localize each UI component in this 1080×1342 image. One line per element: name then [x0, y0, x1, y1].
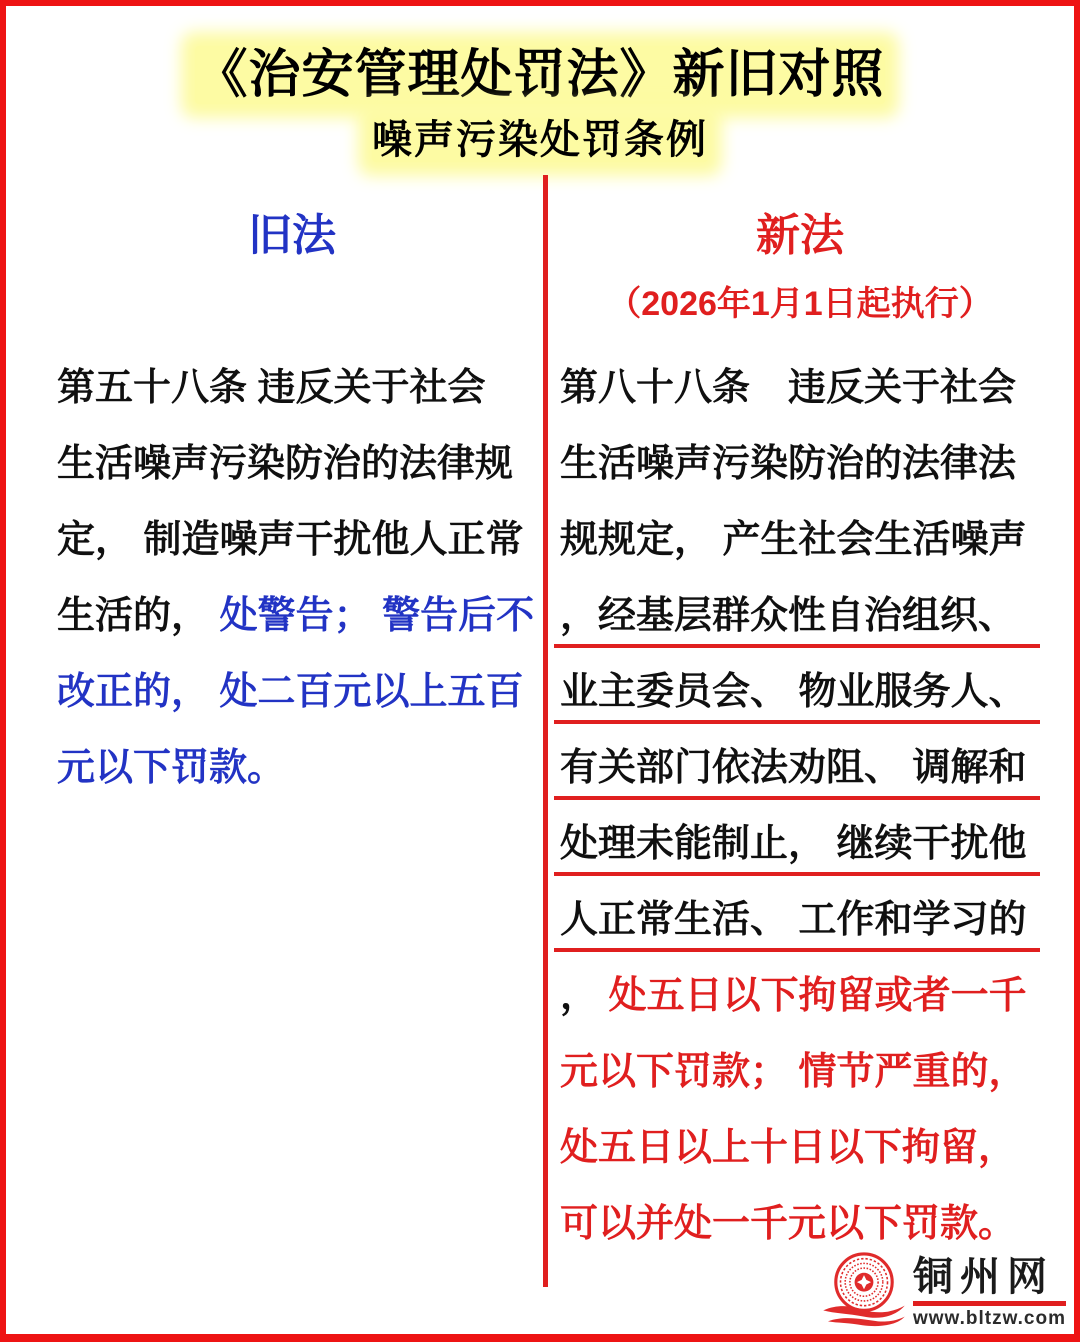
old-law-header: 旧法	[57, 212, 527, 260]
seal-icon	[817, 1250, 911, 1330]
law-text-segment: ，	[560, 975, 609, 1017]
law-text-line: 规规定， 产生社会生活噪声	[560, 510, 1042, 586]
law-text-line: 第五十八条 违反关于社会	[57, 358, 529, 434]
site-logo: 铜州网 www.bltzw.com	[817, 1250, 1066, 1330]
title-block: 《治安管理处罚法》新旧对照 噪声污染处罚条例	[6, 46, 1074, 162]
law-text-segment: 规规定， 产生社会生活噪声	[560, 519, 1027, 561]
law-text-line: 改正的， 处二百元以上五百	[57, 662, 529, 738]
page-title: 《治安管理处罚法》新旧对照	[195, 46, 884, 104]
law-text-segment: 人正常生活、 工作和学习的	[560, 899, 1027, 941]
law-text-segment: 可以并处一千元以下罚款。	[560, 1203, 1016, 1245]
law-text-segment: 处警告； 警告后不	[220, 595, 535, 637]
new-law-header: 新法	[560, 212, 1040, 260]
new-law-text: 第八十八条 违反关于社会生活噪声污染防治的法律法规规定， 产生社会生活噪声，经基…	[560, 358, 1042, 1270]
law-text-line: 生活噪声污染防治的法律法	[560, 434, 1042, 510]
old-law-text: 第五十八条 违反关于社会生活噪声污染防治的法律规定， 制造噪声干扰他人正常生活的…	[57, 358, 529, 814]
law-text-segment: 生活噪声污染防治的法律规	[57, 443, 513, 485]
law-text-line: ， 处五日以下拘留或者一千	[560, 966, 1042, 1042]
law-text-segment: 处五日以下拘留或者一千	[609, 975, 1027, 1017]
law-text-line: 有关部门依法劝阻、 调解和	[560, 738, 1042, 814]
column-divider	[543, 175, 548, 1287]
law-text-segment: 改正的， 处二百元以上五百	[57, 671, 524, 713]
law-text-line: ，经基层群众性自治组织、	[560, 586, 1042, 662]
law-text-line: 第八十八条 违反关于社会	[560, 358, 1042, 434]
law-text-line: 人正常生活、 工作和学习的	[560, 890, 1042, 966]
law-text-segment: 处五日以上十日以下拘留，	[560, 1127, 1016, 1169]
infographic-canvas: 《治安管理处罚法》新旧对照 噪声污染处罚条例 旧法 第五十八条 违反关于社会生活…	[0, 0, 1080, 1342]
site-logo-text: 铜州网 www.bltzw.com	[913, 1256, 1066, 1330]
law-text-segment: 处理未能制止， 继续干扰他	[560, 823, 1027, 865]
law-text-line: 处五日以上十日以下拘留，	[560, 1118, 1042, 1194]
new-law-effective-note: （2026年1月1日起执行）	[560, 286, 1040, 323]
law-text-segment: ，经基层群众性自治组织、	[560, 595, 1016, 637]
law-text-line: 定， 制造噪声干扰他人正常	[57, 510, 529, 586]
law-text-line: 业主委员会、 物业服务人、	[560, 662, 1042, 738]
law-text-segment: 元以下罚款。	[57, 747, 285, 789]
law-text-line: 处理未能制止， 继续干扰他	[560, 814, 1042, 890]
law-text-segment: 业主委员会、 物业服务人、	[560, 671, 1027, 713]
page-subtitle: 噪声污染处罚条例	[372, 118, 708, 162]
law-text-segment: 第八十八条 违反关于社会	[560, 367, 1016, 409]
law-text-segment: 生活噪声污染防治的法律法	[560, 443, 1016, 485]
law-text-segment: 定， 制造噪声干扰他人正常	[57, 519, 524, 561]
law-text-segment: 第五十八条 违反关于社会	[57, 367, 486, 409]
law-text-line: 元以下罚款。	[57, 738, 529, 814]
law-text-segment: 有关部门依法劝阻、 调解和	[560, 747, 1027, 789]
site-url: www.bltzw.com	[913, 1309, 1066, 1328]
law-text-segment: 生活的，	[57, 595, 220, 637]
site-name: 铜州网	[913, 1256, 1066, 1298]
law-text-line: 元以下罚款； 情节严重的，	[560, 1042, 1042, 1118]
law-text-line: 生活的， 处警告； 警告后不	[57, 586, 529, 662]
law-text-line: 生活噪声污染防治的法律规	[57, 434, 529, 510]
law-text-segment: 元以下罚款； 情节严重的，	[560, 1051, 1027, 1093]
logo-divider-bar	[913, 1301, 1066, 1306]
